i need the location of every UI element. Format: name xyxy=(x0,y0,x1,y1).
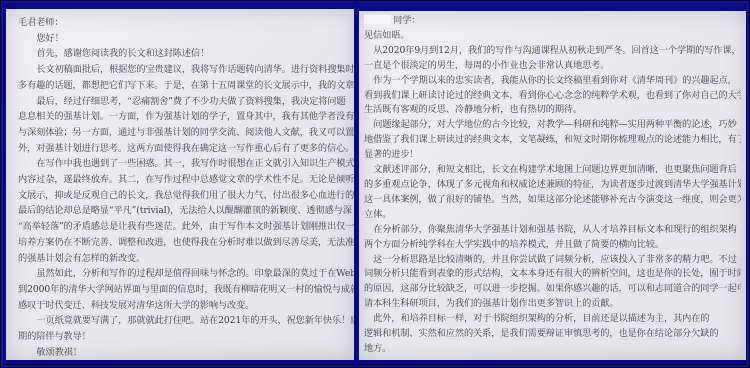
letter-line: 请本科生科研项目，为我们的强基计划作出更多智识上的贡献。 xyxy=(364,297,741,312)
letter-line: 感叹于时代变迁、科技发展对清华这所大学的影响与改变。 xyxy=(18,298,354,314)
letter-line: 此外，和培养目标一样，对于书院组织架构的分析，目前还是以描述为主，其内在的 xyxy=(364,312,741,327)
letter-line: 培养方案仍在不断完善、调整和改进，也使得我在分析时难以做到尽善尽美，无法准 xyxy=(18,235,354,251)
letter-line: 问题缘起部分，对大学地位的古今比较，对教学—科研和纯粹—实用两种平衡的论述，巧妙 xyxy=(364,118,741,133)
right-letter-page: 同学：见信如晤。从2020年9月到12月，我们的写作与沟通课程从初秋走到严冬。回… xyxy=(359,11,746,360)
letter-line: 立体。 xyxy=(364,208,741,223)
letter-line: 这一具体案例，做了很好的铺垫。当然，如果这部分论述能够补充古今演变这一维度，则会… xyxy=(364,193,741,208)
letter-line: 一页纸竟就要写满了，那就就此打住吧。站在2021年的开头，祝您新年快乐！感 xyxy=(18,313,354,329)
letter-line: 最后的结论却总是略显“平凡”(trivial)，无法给人以醍醐灌顶的新颖度、透彻… xyxy=(18,203,354,219)
letter-line: 显著的进步！ xyxy=(364,148,741,163)
letter-line: 生活既有客观的反思、冷静地分析，也有热切的期待。 xyxy=(364,103,741,118)
letter-line: 敬颂教祺！ xyxy=(18,345,354,360)
letter-line: 最后，经过仔细思考，“忍痛割舍”费了不少功夫做了资料搜集，我决定将问题 xyxy=(18,94,354,110)
letter-line: 同学： xyxy=(364,14,741,29)
letter-line: 词频分析只能看到表象的形式结构，文本本身还有很大的辨析空间，这也是你的长处，囿于… xyxy=(364,267,741,282)
letter-line: 的强基计划会有怎样的新改变。 xyxy=(18,251,354,267)
letter-line: 毛君老师： xyxy=(18,15,354,31)
letter-line: 内容过杂，遂最终放弃。其二，在写作过程中总感觉文章的学术性不足。无论是倾听 xyxy=(18,172,354,188)
letter-line: 到2000年的清华大学网站界面与里面的信息时，我既有柳暗花明又一村的愉悦与成就 xyxy=(18,282,354,298)
letter-line: 虽然如此，分析和写作的过程却是值得回味与怀念的。印象最深的莫过于在Web xyxy=(18,266,354,282)
letter-line: 多有趣的话题，都想把它们写下来。于是，在第十五周课堂的长文展示中，我的文章重 xyxy=(18,78,354,94)
letter-line: 两个方面分析纯学科在大学实践中的培养模式，并且做了简要的横向比较。 xyxy=(364,238,741,253)
letter-line: 长文初稿面批后，根据您的宝贵建议，我将写作话题转向清华。进行资料搜集时 xyxy=(18,62,354,78)
letter-line: 地方。 xyxy=(364,342,741,357)
letter-line: 在写作中我也遇到了一些困惑。其一，我写作时很想在正文就引入知识生产模式 xyxy=(18,156,354,172)
letter-line: 在分析部分，你聚焦清华大学强基计划和强基书院，从人才培养目标文本和现行的组织架构 xyxy=(364,223,741,238)
letter-line: 期的陪伴与教导！ xyxy=(18,329,354,345)
letter-line: 与深刻体验；另一方面，通过与非强基计划的同学交流、阅读他人文献，我又可以置 xyxy=(18,125,354,141)
letter-line: 看到我们课上研读讨论过的经典文本，看到你心心念念的纯粹学术观，也看到了你对自己的… xyxy=(364,89,741,104)
letter-line: 从2020年9月到12月，我们的写作与沟通课程从初秋走到严冬。回首这一个学期的写… xyxy=(364,44,741,59)
letter-line: 文展示，抑或是反观自己的长文，我总觉得我们用了很大力气、付出很多心血进行的 xyxy=(18,188,354,204)
letter-line: 息息相关的强基计划。一方面，作为强基计划的学子，置身其中，我有其他学者没有 xyxy=(18,109,354,125)
letter-line: 见信如晤。 xyxy=(364,29,741,44)
left-letter-page: 毛君老师：您好！首先，感谢您阅读我的长文和这封陈述信！长文初稿面批后，根据您的宝… xyxy=(6,9,354,360)
letter-line: 这一分析思路是比较清晰的，并且你尝试做了词频分析，应该投入了非常多的精力吧。不过 xyxy=(364,253,741,268)
letter-line: 的原因，这部分比较缺乏，可以进一步挖掘。如果你感兴趣的话，可以和志同道合的同学一… xyxy=(364,282,741,297)
letter-line: “高举轻落”的矛盾感总是让我有些迷茫。此外，由于写作本文时强基计划刚推出仅一 xyxy=(18,219,354,235)
letter-line: 作为一个学期以来的忠实读者，我能从你的长文终稿里看到你对《清华周刊》的兴趣起点， xyxy=(364,74,741,89)
letter-line: 文献述评部分，和短文相比，长文在构建学术地图上问题边界更加清晰，也更聚焦问题背后 xyxy=(364,163,741,178)
letter-line: 地借鉴了我们课上研读过的经典文本，文笔凝练，和短文时期你梳理观点的论述能力相比，… xyxy=(364,133,741,148)
scanned-letters-canvas: 毛君老师：您好！首先，感谢您阅读我的长文和这封陈述信！长文初稿面批后，根据您的宝… xyxy=(0,0,750,368)
letter-line: 您好！ xyxy=(18,31,354,47)
redacted-name xyxy=(364,15,390,24)
letter-line: 外，对强基计划进行思考。这两方面使得我在确定这一写作重心后有了更多的信心。 xyxy=(18,141,354,157)
letter-line: 的多重观点论争，体现了多元视角和权威论述兼顾的特征，为读者逐步过渡到清华大学强基… xyxy=(364,178,741,193)
letter-line: 逻辑和机制、实然和应然的关系，是我们需要辩证审慎思考的，也是你在结论部分欠缺的 xyxy=(364,327,741,342)
letter-line: 首先，感谢您阅读我的长文和这封陈述信！ xyxy=(18,46,354,62)
letter-line: 一直是个很淡定的男生，每周的小作业也会非常认真地思考。 xyxy=(364,59,741,74)
